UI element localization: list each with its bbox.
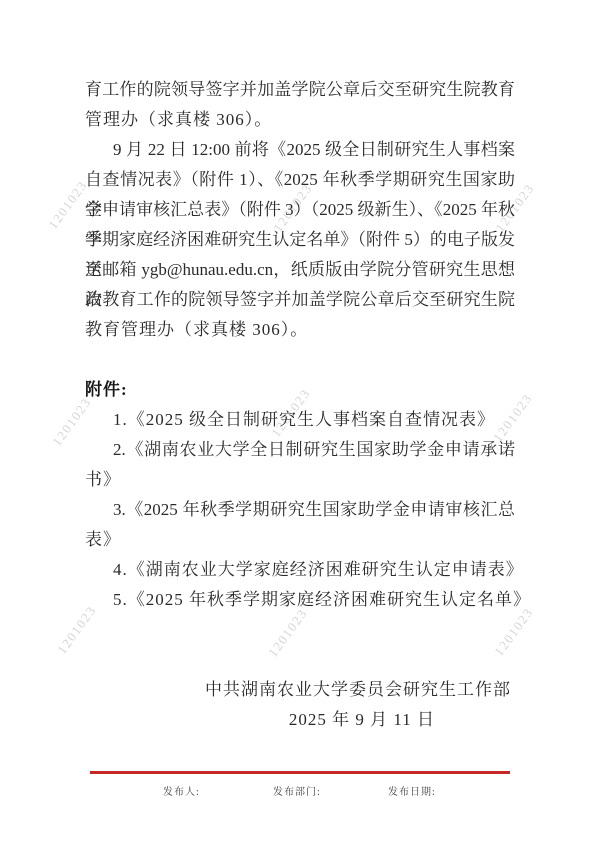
attachment-item-continuation: 书》 xyxy=(85,465,515,495)
body-line-email: 至邮箱 ygb@hunau.edu.cn，纸质版由学院分管研究生思想政 xyxy=(85,255,515,285)
footer-publisher-label: 发布人: xyxy=(163,786,200,800)
attachment-item: 5.《2025 年秋季学期家庭经济困难研究生认定名单》 xyxy=(85,585,515,615)
document-body: 育工作的院领导签字并加盖学院公章后交至研究生院教育 管理办（求真楼 306）。 … xyxy=(85,75,515,735)
body-line: 学期家庭经济困难研究生认定名单》（附件 5）的电子版发送 xyxy=(85,225,515,255)
body-line: 金申请审核汇总表》（附件 3）（2025 级新生）、《2025 年秋季 xyxy=(85,195,515,225)
signature-department: 中共湖南农业大学委员会研究生工作部 xyxy=(85,675,515,705)
footer-date-label: 发布日期: xyxy=(388,786,436,800)
blank-line xyxy=(85,345,515,375)
body-line: 自查情况表》（附件 1）、《2025 年秋季学期研究生国家助学 xyxy=(85,165,515,195)
body-line: 教育管理办（求真楼 306）。 xyxy=(85,315,515,345)
attachment-item: 4.《湖南农业大学家庭经济困难研究生认定申请表》 xyxy=(85,555,515,585)
attachment-item: 1.《2025 级全日制研究生人事档案自查情况表》 xyxy=(85,405,515,435)
footer-divider-rule xyxy=(90,771,510,774)
footer-department-label: 发布部门: xyxy=(273,786,321,800)
blank-line xyxy=(85,615,515,645)
body-line: 育工作的院领导签字并加盖学院公章后交至研究生院教育 xyxy=(85,75,515,105)
attachments-heading: 附件: xyxy=(85,375,515,405)
blank-line xyxy=(85,645,515,675)
attachment-item: 3.《2025 年秋季学期研究生国家助学金申请审核汇总 xyxy=(85,495,515,525)
attachment-item: 2.《湖南农业大学全日制研究生国家助学金申请承诺 xyxy=(85,435,515,465)
body-line: 管理办（求真楼 306）。 xyxy=(85,105,515,135)
body-line: 治教育工作的院领导签字并加盖学院公章后交至研究生院 xyxy=(85,285,515,315)
attachment-item-continuation: 表》 xyxy=(85,525,515,555)
document-page: 1201023 1201023 1201023 1201023 1201023 … xyxy=(0,0,600,848)
signature-date: 2025 年 9 月 11 日 xyxy=(85,705,515,735)
body-line: 9 月 22 日 12:00 前将《2025 级全日制研究生人事档案 xyxy=(85,135,515,165)
